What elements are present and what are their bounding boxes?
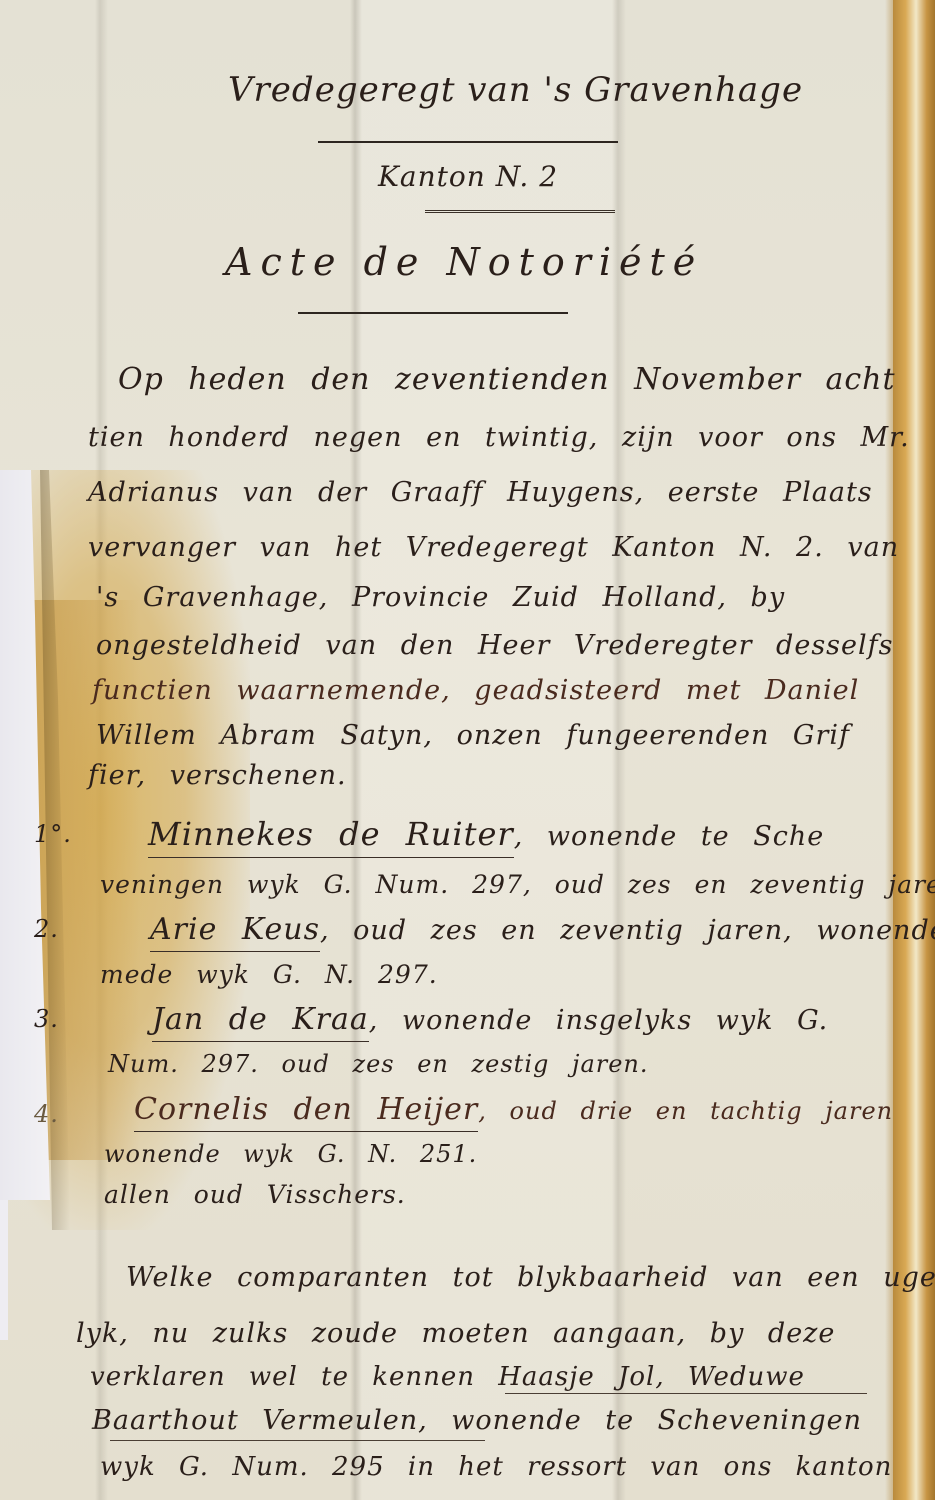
witness-1-name: Minnekes de Ruiter: [148, 815, 514, 858]
witness-2-name: Arie Keus: [150, 912, 320, 952]
declaration-underline-1: [505, 1393, 867, 1394]
intro-line-1: Op heden den zeventienden November acht: [118, 362, 896, 397]
witness-1-line-1: Minnekes de Ruiter, wonende te Sche: [148, 815, 824, 853]
witness-1-residence: , wonende te Sche: [514, 821, 825, 852]
declaration-line-5: wyk G. Num. 295 in het ressort van ons k…: [100, 1452, 892, 1482]
header-court: Vredegeregt van 's Gravenhage: [228, 70, 803, 110]
intro-line-2: tien honderd negen en twintig, zijn voor…: [88, 422, 910, 453]
intro-line-3: Adrianus van der Graaff Huygens, eerste …: [88, 477, 873, 508]
witness-4-name: Cornelis den Heijer: [134, 1092, 478, 1132]
witness-1-number: 1°.: [34, 820, 72, 848]
witness-3-name: Jan de Kraa: [152, 1002, 369, 1042]
witness-3-residence: , wonende insgelyks wyk G.: [369, 1005, 828, 1036]
intro-line-4: vervanger van het Vredegeregt Kanton N. …: [88, 532, 899, 563]
white-card-lower: [0, 1200, 8, 1340]
declaration-line-2: lyk, nu zulks zoude moeten aangaan, by d…: [76, 1318, 835, 1349]
intro-line-7: functien waarnemende, geadsisteerd met D…: [92, 675, 859, 706]
intro-line-5: 's Gravenhage, Provincie Zuid Holland, b…: [96, 582, 785, 613]
witness-3-number: 3.: [34, 1005, 59, 1033]
witness-4-line-1: Cornelis den Heijer, oud drie en tachtig…: [134, 1092, 893, 1127]
witness-4-number: 4.: [34, 1100, 59, 1128]
declaration-underline-2: [110, 1440, 485, 1441]
header-rule-3: [298, 312, 568, 314]
witness-2-age: , oud zes en zeventig jaren, wonende: [320, 915, 935, 946]
witness-3-line-2: Num. 297. oud zes en zestig jaren.: [108, 1050, 649, 1078]
declaration-line-4: Baarthout Vermeulen, wonende te Scheveni…: [92, 1405, 862, 1436]
intro-line-6: ongesteldheid van den Heer Vrederegter d…: [96, 630, 894, 661]
intro-line-9: fier, verschenen.: [88, 760, 347, 791]
header-title: Acte de Notoriété: [225, 240, 703, 284]
header-rule-1: [318, 141, 618, 143]
witness-4-age: , oud drie en tachtig jaren: [478, 1097, 893, 1125]
header-district: Kanton N. 2: [378, 160, 558, 193]
declaration-line-1: Welke comparanten tot blykbaarheid van e…: [126, 1262, 935, 1293]
witnesses-closing: allen oud Visschers.: [104, 1180, 406, 1209]
witness-2-number: 2.: [34, 915, 59, 943]
witness-3-line-1: Jan de Kraa, wonende insgelyks wyk G.: [152, 1002, 828, 1037]
header-rule-2: [425, 210, 615, 213]
witness-2-line-1: Arie Keus, oud zes en zeventig jaren, wo…: [150, 912, 935, 947]
witness-2-line-2: mede wyk G. N. 297.: [100, 960, 438, 989]
declaration-line-3: verklaren wel te kennen Haasje Jol, Wedu…: [90, 1362, 805, 1392]
intro-line-8: Willem Abram Satyn, onzen fungeerenden G…: [96, 720, 850, 751]
witness-4-line-2: wonende wyk G. N. 251.: [104, 1140, 477, 1168]
witness-1-line-2: veningen wyk G. Num. 297, oud zes en zev…: [100, 870, 935, 899]
